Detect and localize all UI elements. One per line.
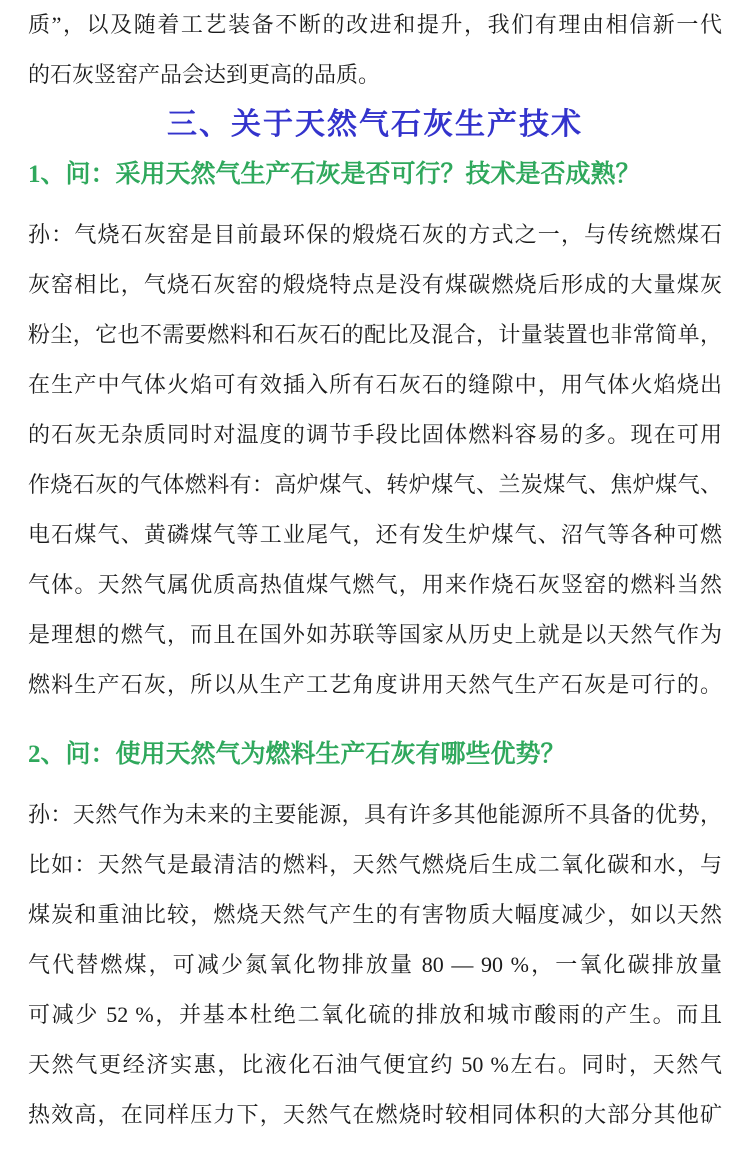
intro-paragraph: 质”，以及随着工艺装备不断的改进和提升，我们有理由相信新一代的石灰竖窑产品会达到… — [28, 0, 722, 100]
text-line: 电石煤气、黄磷煤气等工业尾气，还有发生炉煤气、沼气等各种可燃 — [28, 510, 722, 560]
answer-2-paragraph: 孙：天然气作为未来的主要能源，具有许多其他能源所不具备的优势，比如：天然气是最清… — [28, 790, 722, 1140]
text-line: 的石灰无杂质同时对温度的调节手段比固体燃料容易的多。现在可用 — [28, 410, 722, 460]
text-line: 质”，以及随着工艺装备不断的改进和提升，我们有理由相信新一代 — [28, 0, 722, 50]
text-line: 煤炭和重油比较，燃烧天然气产生的有害物质大幅度减少，如以天然 — [28, 890, 722, 940]
text-line: 粉尘，它也不需要燃料和石灰石的配比及混合，计量装置也非常简单， — [28, 310, 722, 360]
document-page: 质”，以及随着工艺装备不断的改进和提升，我们有理由相信新一代的石灰竖窑产品会达到… — [0, 0, 750, 1149]
question-2: 2、问：使用天然气为燃料生产石灰有哪些优势？ — [28, 730, 722, 780]
text-line: 气体。天然气属优质高热值煤气燃气，用来作烧石灰竖窑的燃料当然 — [28, 560, 722, 610]
text-line: 热效高，在同样压力下，天然气在燃烧时较相同体积的大部分其他矿 — [28, 1090, 722, 1140]
text-line: 灰窑相比，气烧石灰窑的煅烧特点是没有煤碳燃烧后形成的大量煤灰 — [28, 260, 722, 310]
text-line: 天然气更经济实惠，比液化石油气便宜约 50 %左右。同时，天然气 — [28, 1040, 722, 1090]
text-line: 在生产中气体火焰可有效插入所有石灰石的缝隙中，用气体火焰烧出 — [28, 360, 722, 410]
text-line: 燃料生产石灰，所以从生产工艺角度讲用天然气生产石灰是可行的。 — [28, 660, 722, 710]
text-line: 气代替燃煤，可减少氮氧化物排放量 80 — 90 %，一氧化碳排放量 — [28, 940, 722, 990]
section-heading: 三、关于天然气石灰生产技术 — [28, 100, 722, 150]
text-line: 可减少 52 %，并基本杜绝二氧化硫的排放和城市酸雨的产生。而且 — [28, 990, 722, 1040]
text-line: 是理想的燃气，而且在国外如苏联等国家从历史上就是以天然气作为 — [28, 610, 722, 660]
text-line: 的石灰竖窑产品会达到更高的品质。 — [28, 50, 722, 100]
answer-1-paragraph: 孙：气烧石灰窑是目前最环保的煅烧石灰的方式之一，与传统燃煤石灰窑相比，气烧石灰窑… — [28, 210, 722, 710]
text-line: 作烧石灰的气体燃料有：高炉煤气、转炉煤气、兰炭煤气、焦炉煤气、 — [28, 460, 722, 510]
text-line: 孙：天然气作为未来的主要能源，具有许多其他能源所不具备的优势， — [28, 790, 722, 840]
question-1: 1、问：采用天然气生产石灰是否可行？技术是否成熟？ — [28, 150, 722, 200]
text-line: 比如：天然气是最清洁的燃料，天然气燃烧后生成二氧化碳和水，与 — [28, 840, 722, 890]
text-line: 孙：气烧石灰窑是目前最环保的煅烧石灰的方式之一，与传统燃煤石 — [28, 210, 722, 260]
